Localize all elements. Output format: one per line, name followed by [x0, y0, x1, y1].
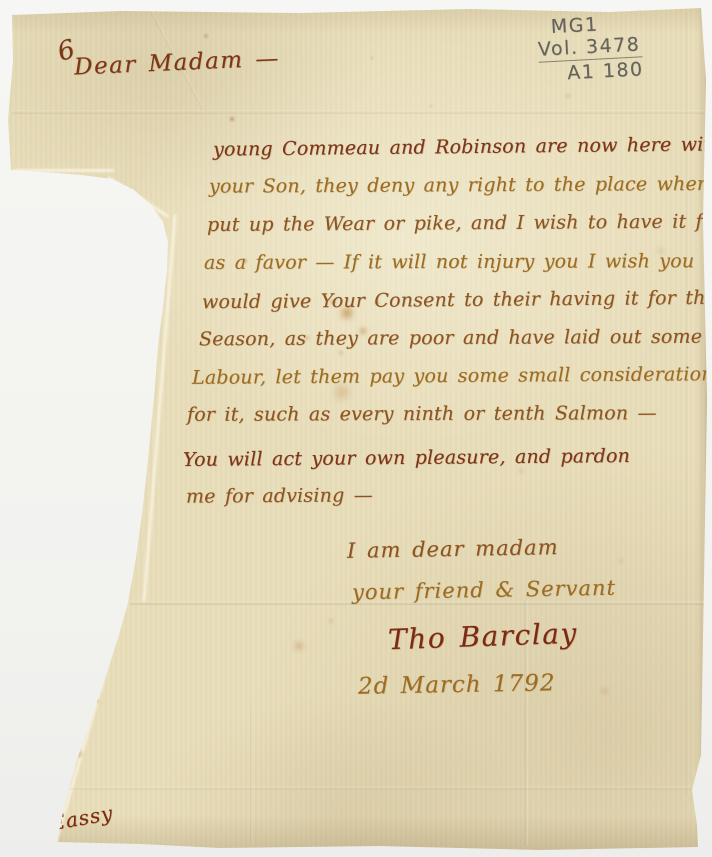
letter-body-line: Season, as they are poor and have laid o…: [199, 326, 702, 351]
docket-text: Eassy: [48, 801, 115, 836]
fold-crease: [686, 12, 689, 797]
letter-body-line: for it, such as every ninth or tenth Sal…: [187, 402, 657, 426]
closing-line: I am dear madam: [347, 535, 559, 563]
scan-background: MG1 Vol. 3478 A1 180 6 Dear Madam — youn…: [0, 0, 712, 857]
torn-edge-highlight: [142, 215, 176, 602]
letter-body-line: me for advising —: [186, 484, 373, 507]
fold-crease: [70, 786, 702, 790]
foxing-stains: [0, 0, 2, 2]
letter-body-line: would give Your Consent to their having …: [202, 287, 712, 314]
letter-body-line: young Commeau and Robinson are now here …: [213, 133, 712, 160]
closing-line: your friend & Servant: [352, 576, 616, 605]
signature: Tho Barclay: [387, 617, 578, 657]
letter-body-line: as a favor — If it will not injury you I…: [204, 250, 694, 274]
archival-ref-line: A1 180: [567, 58, 644, 84]
torn-edge-highlight: [14, 169, 114, 172]
letter-body-line: put up the Wear or pike, and I wish to h…: [207, 210, 712, 236]
letter-paper: MG1 Vol. 3478 A1 180 6 Dear Madam — youn…: [0, 0, 712, 857]
date-line: 2d March 1792: [358, 670, 556, 699]
letter-body-line: your Son, they deny any right to the pla…: [209, 172, 712, 197]
letter-body-line: Labour, let them pay you some small cons…: [192, 363, 712, 389]
archival-reference-note: MG1 Vol. 3478 A1 180: [536, 11, 644, 85]
fold-crease: [250, 700, 253, 845]
fold-crease: [12, 110, 704, 114]
letter-body-line: You will act your own pleasure, and pard…: [183, 445, 630, 471]
salutation: Dear Madam —: [74, 46, 281, 81]
torn-edge-highlight: [107, 176, 169, 218]
